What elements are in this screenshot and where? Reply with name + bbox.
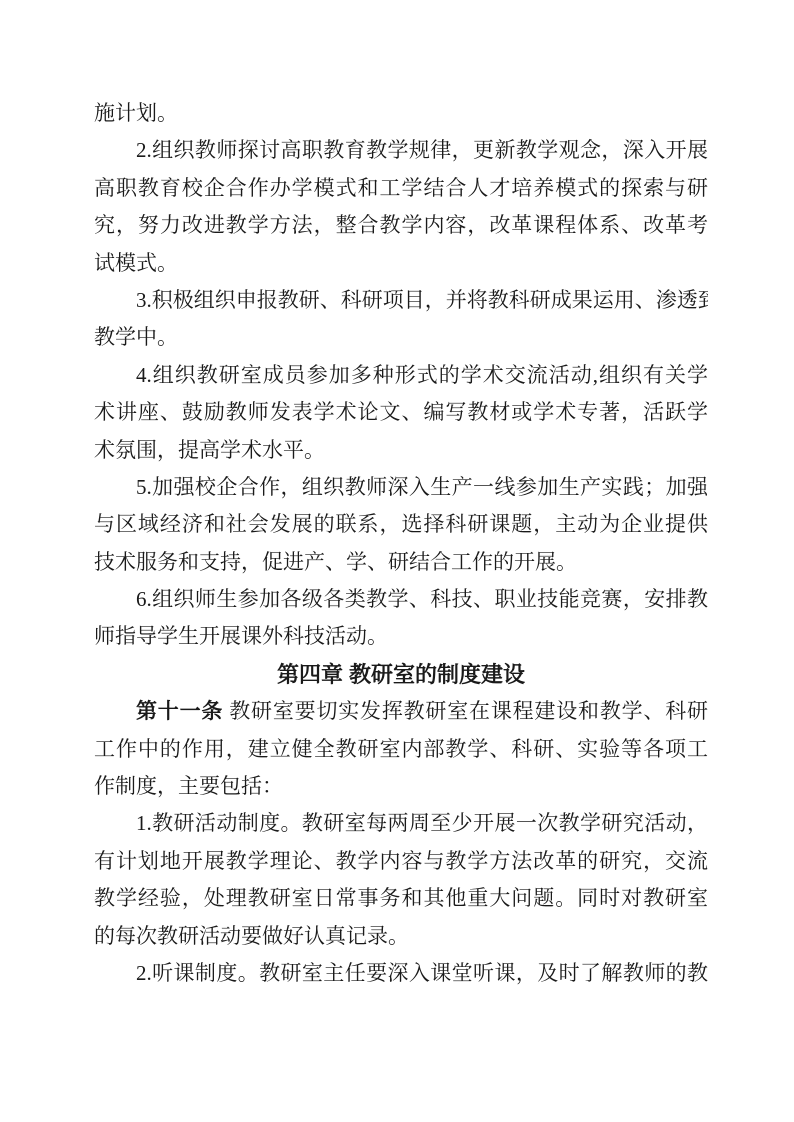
text-line: 与区域经济和社会发展的联系，选择科研课题，主动为企业提供 — [94, 506, 708, 543]
text-line: 施计划。 — [94, 95, 708, 132]
text-line: 6.组织师生参加各级各类教学、科技、职业技能竞赛，安排教 — [94, 581, 708, 618]
text-line: 术讲座、鼓励教师发表学术论文、编写教材或学术专著，活跃学 — [94, 394, 708, 431]
text-line: 2.听课制度。教研室主任要深入课堂听课，及时了解教师的教 — [94, 955, 708, 992]
text-line: 1.教研活动制度。教研室每两周至少开展一次教学研究活动， — [94, 805, 708, 842]
text-line: 5.加强校企合作，组织教师深入生产一线参加生产实践；加强 — [94, 469, 708, 506]
text-line: 工作中的作用，建立健全教研室内部教学、科研、实验等各项工 — [94, 731, 708, 768]
text-line: 术氛围，提高学术水平。 — [94, 432, 708, 469]
text-line: 的每次教研活动要做好认真记录。 — [94, 918, 708, 955]
text-line: 教学中。 — [94, 319, 708, 356]
section-heading: 第四章 教研室的制度建设 — [94, 656, 708, 693]
document-page: 施计划。2.组织教师探讨高职教育教学规律，更新教学观念，深入开展高职教育校企合作… — [0, 0, 794, 1122]
text-run: 教研室要切实发挥教研室在课程建设和教学、科研 — [223, 699, 708, 723]
text-line: 技术服务和支持，促进产、学、研结合工作的开展。 — [94, 544, 708, 581]
text-line: 教学经验，处理教研室日常事务和其他重大问题。同时对教研室 — [94, 880, 708, 917]
text-line: 有计划地开展教学理论、教学内容与教学方法改革的研究，交流 — [94, 843, 708, 880]
text-line: 师指导学生开展课外科技活动。 — [94, 618, 708, 655]
bold-term: 第十一条 — [136, 699, 223, 723]
text-line: 第十一条 教研室要切实发挥教研室在课程建设和教学、科研 — [94, 693, 708, 730]
text-line: 2.组织教师探讨高职教育教学规律，更新教学观念，深入开展 — [94, 132, 708, 169]
text-line: 4.组织教研室成员参加多种形式的学术交流活动,组织有关学 — [94, 357, 708, 394]
text-line: 3.积极组织申报教研、科研项目，并将教科研成果运用、渗透到 — [94, 282, 708, 319]
text-line: 高职教育校企合作办学模式和工学结合人才培养模式的探索与研 — [94, 170, 708, 207]
text-line: 究，努力改进教学方法，整合教学内容，改革课程体系、改革考 — [94, 207, 708, 244]
text-line: 作制度，主要包括： — [94, 768, 708, 805]
document-content: 施计划。2.组织教师探讨高职教育教学规律，更新教学观念，深入开展高职教育校企合作… — [94, 95, 708, 992]
text-line: 试模式。 — [94, 245, 708, 282]
